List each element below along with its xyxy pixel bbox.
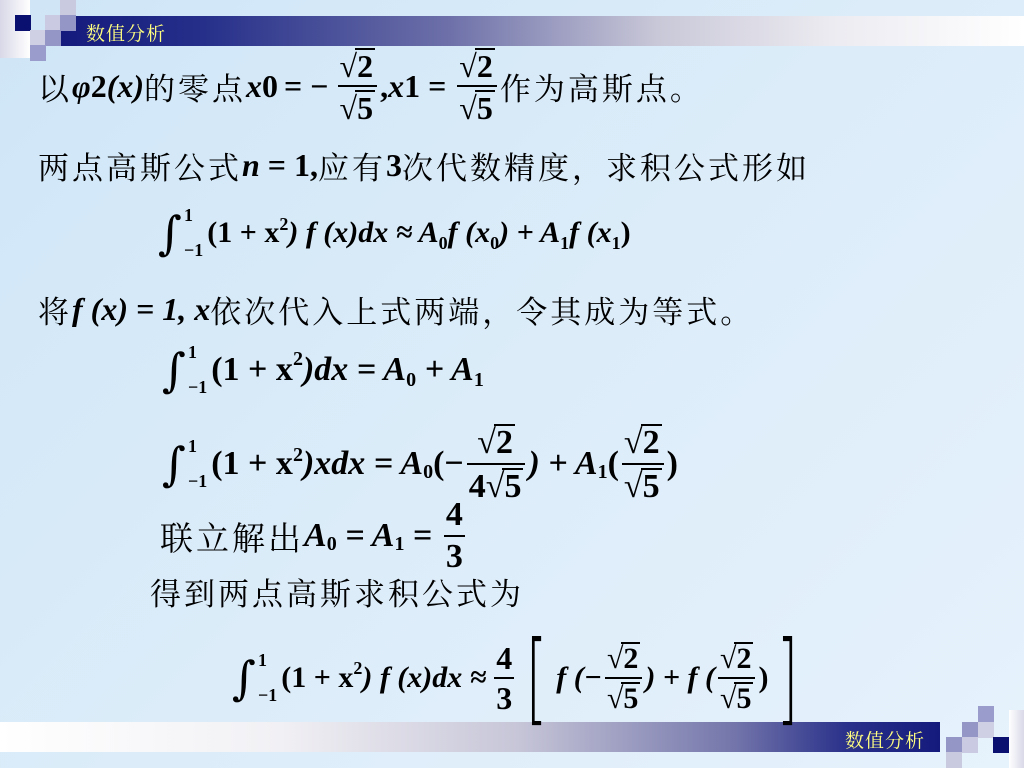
fraction: √2 √5 bbox=[338, 48, 378, 124]
fraction: √2 √5 bbox=[718, 642, 755, 714]
text-line-substitute: 将 f (x) = 1, x 依次代入上式两端，令其成为等式。 bbox=[38, 284, 754, 334]
text-line-solve: 联立解出 A0 = A1 = 4 3 bbox=[160, 496, 468, 576]
left-bracket: [ bbox=[526, 628, 547, 728]
deco-square bbox=[1009, 710, 1024, 768]
deco-square bbox=[962, 722, 978, 738]
deco-square bbox=[993, 737, 1009, 753]
deco-square bbox=[946, 737, 962, 753]
text-line-result: 得到两点高斯求积公式为 bbox=[150, 566, 524, 616]
right-bracket: ] bbox=[777, 628, 798, 728]
deco-square bbox=[962, 737, 978, 753]
footer-title: 数值分析 bbox=[845, 726, 925, 753]
fraction: √2 √5 bbox=[622, 424, 664, 504]
fraction: 4 3 bbox=[494, 642, 514, 714]
deco-square bbox=[946, 752, 962, 768]
deco-square bbox=[15, 15, 31, 31]
deco-square bbox=[978, 706, 994, 722]
fraction: √2 √5 bbox=[605, 642, 642, 714]
deco-square bbox=[60, 0, 76, 16]
fraction: √2 4√5 bbox=[467, 424, 526, 504]
equation-final-formula: ∫ 1−1 (1 + x2 ) f (x)dx ≈ 4 3 [ f (− √2 … bbox=[232, 626, 807, 730]
deco-square bbox=[45, 15, 61, 31]
equation-moment-0: ∫ 1−1 (1 + x2 )dx = A0 + A1 bbox=[162, 338, 484, 402]
fraction: 4 3 bbox=[444, 498, 465, 574]
fraction: √2 √5 bbox=[457, 48, 497, 124]
deco-square bbox=[60, 15, 76, 31]
text-line-gauss-points: 以 φ2 (x) 的零点 x0 = − √2 √5 , x1 = √2 √5 作… bbox=[38, 36, 704, 136]
equation-quadrature-form: ∫ 1−1 (1 + x2 ) f (x)dx ≈ A0 f (x0 ) + A… bbox=[158, 202, 631, 264]
text-line-two-point-gauss: 两点高斯公式 n = 1, 应有 3 次代数精度，求积公式形如 bbox=[38, 140, 810, 190]
deco-square bbox=[978, 722, 994, 738]
